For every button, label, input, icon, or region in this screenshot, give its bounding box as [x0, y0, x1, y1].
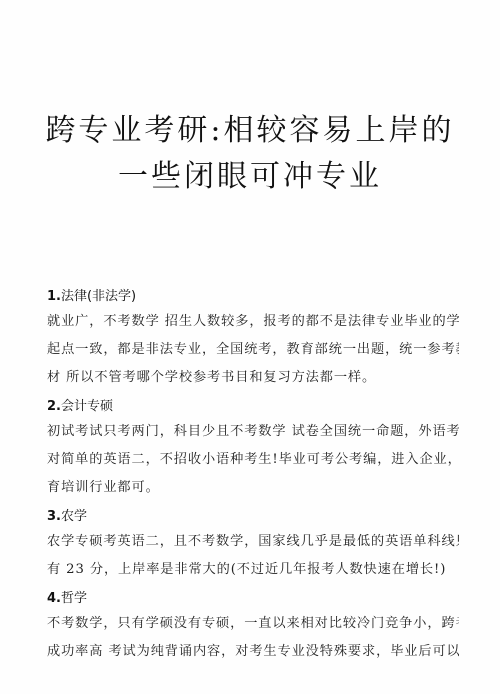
section-heading: 2.会计专硕	[47, 397, 459, 417]
section-body: 农学专硕考英语二，且不考数学，国家线几乎是最低的英语单科线只 有 23 分，上岸…	[47, 528, 459, 584]
section-title: 法律(非法学)	[61, 289, 136, 304]
section-title: 会计专硕	[61, 399, 113, 414]
section-accounting: 2.会计专硕 初试考试只考两门，科目少且不考数学 试卷全国统一命题，外语考相 对…	[47, 397, 459, 502]
section-title: 哲学	[61, 591, 87, 606]
body-line: 就业广，不考数学 招生人数较多，报考的都不是法律专业毕业的学生，	[47, 308, 459, 336]
section-body: 就业广，不考数学 招生人数较多，报考的都不是法律专业毕业的学生， 起点一致，都是…	[47, 308, 459, 392]
body-line: 材 所以不管考哪个学校参考书目和复习方法都一样。	[47, 364, 459, 392]
body-line: 不考数学，只有学硕没有专硕，一直以来相对比较冷门竞争小，跨考	[47, 610, 459, 638]
section-number: 3.	[47, 509, 61, 524]
body-line: 育培训行业都可。	[47, 474, 459, 502]
section-heading: 3.农学	[47, 507, 459, 527]
title-line-1: 跨专业考研:相较容易上岸的	[0, 108, 500, 154]
section-law: 1.法律(非法学) 就业广，不考数学 招生人数较多，报考的都不是法律专业毕业的学…	[47, 287, 459, 392]
document-content: 1.法律(非法学) 就业广，不考数学 招生人数较多，报考的都不是法律专业毕业的学…	[47, 287, 459, 671]
title-line-2: 一些闭眼可冲专业	[0, 154, 500, 200]
body-line: 成功率高 考试为纯背诵内容，对考生专业没特殊要求，毕业后可以选	[47, 638, 459, 666]
section-number: 2.	[47, 399, 61, 414]
document-page: 跨专业考研:相较容易上岸的 一些闭眼可冲专业 1.法律(非法学) 就业广，不考数…	[0, 0, 500, 694]
section-body: 初试考试只考两门，科目少且不考数学 试卷全国统一命题，外语考相 对简单的英语二，…	[47, 418, 459, 502]
document-title: 跨专业考研:相较容易上岸的 一些闭眼可冲专业	[0, 108, 500, 200]
body-line: 对简单的英语二，不招收小语种考生!毕业可考公考编，进入企业，教	[47, 446, 459, 474]
section-philosophy: 4.哲学 不考数学，只有学硕没有专硕，一直以来相对比较冷门竞争小，跨考 成功率高…	[47, 589, 459, 666]
section-body: 不考数学，只有学硕没有专硕，一直以来相对比较冷门竞争小，跨考 成功率高 考试为纯…	[47, 610, 459, 666]
body-line: 初试考试只考两门，科目少且不考数学 试卷全国统一命题，外语考相	[47, 418, 459, 446]
section-heading: 1.法律(非法学)	[47, 287, 459, 307]
section-number: 1.	[47, 289, 61, 304]
section-title: 农学	[61, 509, 87, 524]
body-line: 有 23 分，上岸率是非常大的(不过近几年报考人数快速在增长!)	[47, 556, 459, 584]
section-heading: 4.哲学	[47, 589, 459, 609]
body-line: 起点一致，都是非法专业，全国统考，教育部统一出题，统一参考教	[47, 336, 459, 364]
body-line: 农学专硕考英语二，且不考数学，国家线几乎是最低的英语单科线只	[47, 528, 459, 556]
section-agriculture: 3.农学 农学专硕考英语二，且不考数学，国家线几乎是最低的英语单科线只 有 23…	[47, 507, 459, 584]
section-number: 4.	[47, 591, 61, 606]
